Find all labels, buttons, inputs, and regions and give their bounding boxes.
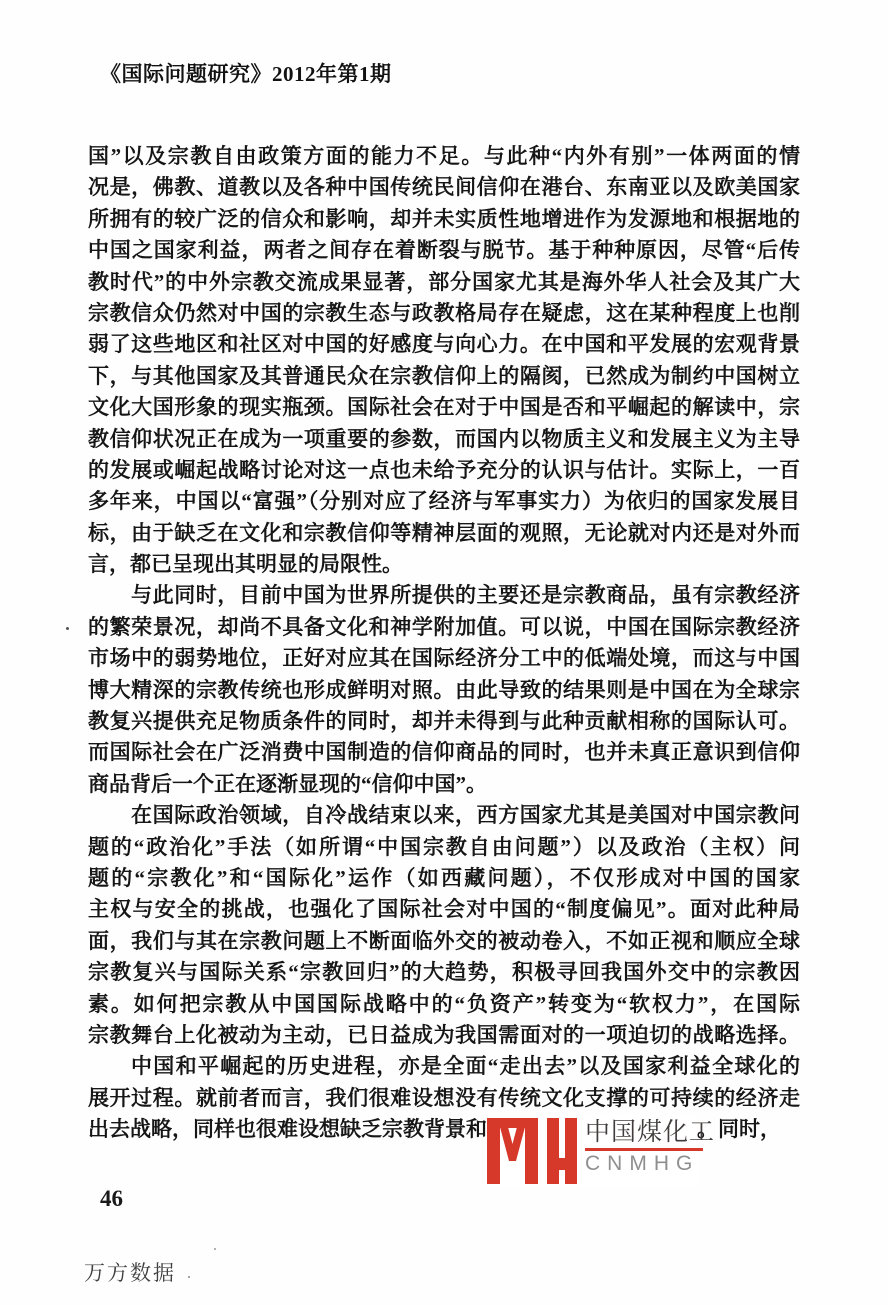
scan-artifact-dot [66,627,69,630]
cnmhg-logo-underline [585,1148,703,1151]
text-line: 博大精深的宗教传统也形成鲜明对照。由此导致的结果则是中国在为全球宗 [88,675,800,706]
text-line: 展开过程。就前者而言，我们很难设想没有传统文化支撑的可持续的经济走 [88,1083,800,1114]
text-line-paragraph-start: 在国际政治领域，自冷战结束以来，西方国家尤其是美国对中国宗教问 [88,800,800,831]
text-line: 题的“政治化”手法（如所谓“中国宗教自由问题”）以及政治（主权）问 [88,832,800,863]
text-line: 教复兴提供充足物质条件的同时，却并未得到与此种贡献相称的国际认可。 [88,706,800,737]
text-line: 多年来，中国以“富强”（分别对应了经济与军事实力）为依归的国家发展目 [88,486,800,517]
text-line: 标，由于缺乏在文化和宗教信仰等精神层面的观照，无论就对内还是对外而 [88,518,800,549]
article-text-column: 国”以及宗教自由政策方面的能力不足。与此种“内外有别”一体两面的情 况是，佛教、… [88,141,800,1146]
text-line: 题的“宗教化”和“国际化”运作（如西藏问题），不仅形成对中国的国家 [88,863,800,894]
text-line: 况是，佛教、道教以及各种中国传统民间信仰在港台、东南亚以及欧美国家 [88,172,800,203]
text-line-paragraph-start: 中国和平崛起的历史进程，亦是全面“走出去”以及国家利益全球化的 [88,1051,800,1082]
text-line: 的繁荣景况，却尚不具备文化和神学附加值。可以说，中国在国际宗教经济 [88,612,800,643]
scanned-journal-page: 《国际问题研究》2012年第1期 国”以及宗教自由政策方面的能力不足。与此种“内… [0,0,888,1305]
cnmhg-logo-icon [487,1117,577,1185]
text-line: 而国际社会在广泛消费中国制造的信仰商品的同时，也并未真正意识到信仰 [88,737,800,768]
text-line: 的发展或崛起战略讨论对这一点也未给予充分的认识与估计。实际上，一百 [88,455,800,486]
cnmhg-logo-title: 中国煤化工 [585,1118,715,1146]
text-line: 宗教复兴与国际关系“宗教回归”的大趋势，积极寻回我国外交中的宗教因 [88,957,800,988]
text-line: 中国之国家利益，两者之间存在着断裂与脱节。基于种种原因，尽管“后传 [88,235,800,266]
text-line-paragraph-end: 商品背后一个正在逐渐显现的“信仰中国”。 [88,769,800,800]
text-line: 国”以及宗教自由政策方面的能力不足。与此种“内外有别”一体两面的情 [88,141,800,172]
text-line: 宗教舞台上化被动为主动，已日益成为我国需面对的一项迫切的战略选择。 [88,1020,800,1051]
text-line: 主权与安全的挑战，也强化了国际社会对中国的“制度偏见”。面对此种局 [88,894,800,925]
text-line: 文化大国形象的现实瓶颈。国际社会在对于中国是否和平崛起的解读中，宗 [88,392,800,423]
scan-artifact-dot [214,1248,216,1250]
text-line: 市场中的弱势地位，正好对应其在国际经济分工中的低端处境，而这与中国 [88,643,800,674]
text-line: 素。如何把宗教从中国国际战略中的“负资产”转变为“软权力”，在国际 [88,989,800,1020]
text-line: 教信仰状况正在成为一项重要的参数，而国内以物质主义和发展主义为主导 [88,424,800,455]
text-line: 宗教信众仍然对中国的宗教生态与政教格局存在疑虑，这在某种程度上也削 [88,298,800,329]
cnmhg-logo-text: 中国煤化工 CNMHG [585,1118,715,1176]
text-line: 弱了这些地区和社区对中国的好感度与向心力。在中国和平发展的宏观背景 [88,329,800,360]
text-line: 教时代”的中外宗教交流成果显著，部分国家尤其是海外华人社会及其广大 [88,267,800,298]
text-line-paragraph-start: 与此同时，目前中国为世界所提供的主要还是宗教商品，虽有宗教经济 [88,580,800,611]
text-line: 面，我们与其在宗教问题上不断面临外交的被动卷入，不如正视和顺应全球 [88,926,800,957]
cnmhg-logo-subtitle: CNMHG [585,1152,715,1176]
china-coal-chemical-watermark: 中国煤化工 CNMHG [487,1114,697,1188]
page-number: 46 [100,1186,123,1212]
journal-header: 《国际问题研究》2012年第1期 [100,58,392,88]
text-segment-before-watermark: 出去战略，同样也很难设想缺乏宗教背景和 [88,1117,487,1141]
text-line-paragraph-end: 言，都已呈现出其明显的局限性。 [88,549,800,580]
scan-artifact-dot [188,1276,190,1278]
wanfang-data-watermark: 万方数据 [84,1257,176,1287]
text-line: 下，与其他国家及其普通民众在宗教信仰上的隔阂，已然成为制约中国树立 [88,361,800,392]
text-line: 所拥有的较广泛的信众和影响，却并未实质性地增进作为发源地和根据地的 [88,204,800,235]
